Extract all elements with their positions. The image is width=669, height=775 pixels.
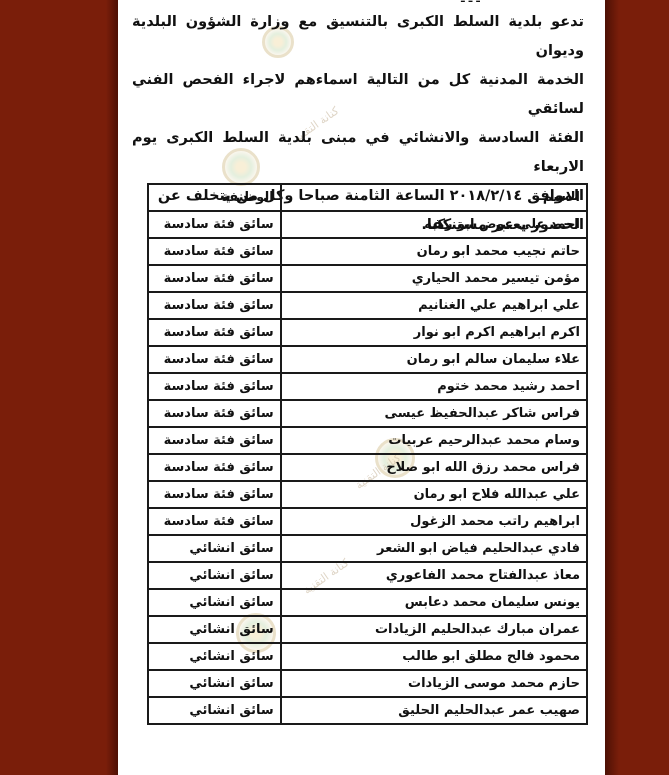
table-row: احمد علي عوض ابو ركبهسائق فئة سادسة bbox=[148, 211, 587, 238]
candidates-table: الاسم الوظيفة احمد علي عوض ابو ركبهسائق … bbox=[147, 183, 588, 725]
table-row: علي ابراهيم علي الغنانيمسائق فئة سادسة bbox=[148, 292, 587, 319]
cell-job: سائق فئة سادسة bbox=[148, 265, 281, 292]
cell-name: معاذ عبدالفتاح محمد الفاعوري bbox=[281, 562, 587, 589]
table-row: احمد رشيد محمد ختومسائق فئة سادسة bbox=[148, 373, 587, 400]
background-shadow-left bbox=[106, 0, 118, 775]
cell-name: علي ابراهيم علي الغنانيم bbox=[281, 292, 587, 319]
table-row: اكرم ابراهيم اكرم ابو نوارسائق فئة سادسة bbox=[148, 319, 587, 346]
cell-job: سائق انشائي bbox=[148, 562, 281, 589]
cell-job: سائق فئة سادسة bbox=[148, 427, 281, 454]
notice-line: تدعو بلدية السلط الكبرى بالتنسيق مع وزار… bbox=[132, 8, 584, 66]
cell-job: سائق فئة سادسة bbox=[148, 346, 281, 373]
cell-job: سائق فئة سادسة bbox=[148, 292, 281, 319]
table-row: فادي عبدالحليم فياض ابو الشعرسائق انشائي bbox=[148, 535, 587, 562]
table-row: حازم محمد موسى الزياداتسائق انشائي bbox=[148, 670, 587, 697]
cell-job: سائق فئة سادسة bbox=[148, 400, 281, 427]
cell-name: محمود فالح مطلق ابو طالب bbox=[281, 643, 587, 670]
table-row: وسام محمد عبدالرحيم عربياتسائق فئة سادسة bbox=[148, 427, 587, 454]
cell-job: سائق فئة سادسة bbox=[148, 481, 281, 508]
cell-name: وسام محمد عبدالرحيم عربيات bbox=[281, 427, 587, 454]
table-row: عمران مبارك عبدالحليم الزياداتسائق انشائ… bbox=[148, 616, 587, 643]
background-shadow-right bbox=[605, 0, 619, 775]
partial-top-line: ـ ـ ـ bbox=[420, 0, 480, 4]
cell-job: سائق انشائي bbox=[148, 535, 281, 562]
cell-name: علي عبدالله فلاح ابو رمان bbox=[281, 481, 587, 508]
cell-job: سائق فئة سادسة bbox=[148, 211, 281, 238]
cell-name: فراس شاكر عبدالحفيظ عيسى bbox=[281, 400, 587, 427]
table-row: ابراهيم راتب محمد الزغولسائق فئة سادسة bbox=[148, 508, 587, 535]
cell-job: سائق فئة سادسة bbox=[148, 319, 281, 346]
cell-job: سائق فئة سادسة bbox=[148, 508, 281, 535]
cell-job: سائق انشائي bbox=[148, 643, 281, 670]
table-row: علاء سليمان سالم ابو رمانسائق فئة سادسة bbox=[148, 346, 587, 373]
table-row: صهيب عمر عبدالحليم الحليقسائق انشائي bbox=[148, 697, 587, 724]
notice-line: الخدمة المدنية كل من التالية اسماءهم لاج… bbox=[132, 66, 584, 124]
cell-name: ابراهيم راتب محمد الزغول bbox=[281, 508, 587, 535]
cell-name: احمد علي عوض ابو ركبه bbox=[281, 211, 587, 238]
table-header-row: الاسم الوظيفة bbox=[148, 184, 587, 211]
cell-name: يونس سليمان محمد دعابس bbox=[281, 589, 587, 616]
table-row: محمود فالح مطلق ابو طالبسائق انشائي bbox=[148, 643, 587, 670]
table-row: حاتم نجيب محمد ابو رمانسائق فئة سادسة bbox=[148, 238, 587, 265]
cell-name: عمران مبارك عبدالحليم الزيادات bbox=[281, 616, 587, 643]
cell-name: صهيب عمر عبدالحليم الحليق bbox=[281, 697, 587, 724]
cell-name: احمد رشيد محمد ختوم bbox=[281, 373, 587, 400]
cell-job: سائق انشائي bbox=[148, 589, 281, 616]
header-job: الوظيفة bbox=[148, 184, 281, 211]
cell-name: فادي عبدالحليم فياض ابو الشعر bbox=[281, 535, 587, 562]
cell-job: سائق انشائي bbox=[148, 697, 281, 724]
cell-name: حازم محمد موسى الزيادات bbox=[281, 670, 587, 697]
cell-job: سائق فئة سادسة bbox=[148, 454, 281, 481]
cell-name: اكرم ابراهيم اكرم ابو نوار bbox=[281, 319, 587, 346]
table-row: مؤمن تيسير محمد الحياريسائق فئة سادسة bbox=[148, 265, 587, 292]
notice-line: الفئة السادسة والانشائي في مبنى بلدية ال… bbox=[132, 124, 584, 182]
table-row: فراس محمد رزق الله ابو صلاحسائق فئة سادس… bbox=[148, 454, 587, 481]
cell-name: فراس محمد رزق الله ابو صلاح bbox=[281, 454, 587, 481]
table-row: معاذ عبدالفتاح محمد الفاعوريسائق انشائي bbox=[148, 562, 587, 589]
cell-name: مؤمن تيسير محمد الحياري bbox=[281, 265, 587, 292]
cell-job: سائق انشائي bbox=[148, 670, 281, 697]
cell-job: سائق انشائي bbox=[148, 616, 281, 643]
cell-name: علاء سليمان سالم ابو رمان bbox=[281, 346, 587, 373]
table-row: علي عبدالله فلاح ابو رمانسائق فئة سادسة bbox=[148, 481, 587, 508]
cell-job: سائق فئة سادسة bbox=[148, 373, 281, 400]
header-name: الاسم bbox=[281, 184, 587, 211]
cell-name: حاتم نجيب محمد ابو رمان bbox=[281, 238, 587, 265]
cell-job: سائق فئة سادسة bbox=[148, 238, 281, 265]
table-row: فراس شاكر عبدالحفيظ عيسىسائق فئة سادسة bbox=[148, 400, 587, 427]
table-row: يونس سليمان محمد دعابسسائق انشائي bbox=[148, 589, 587, 616]
